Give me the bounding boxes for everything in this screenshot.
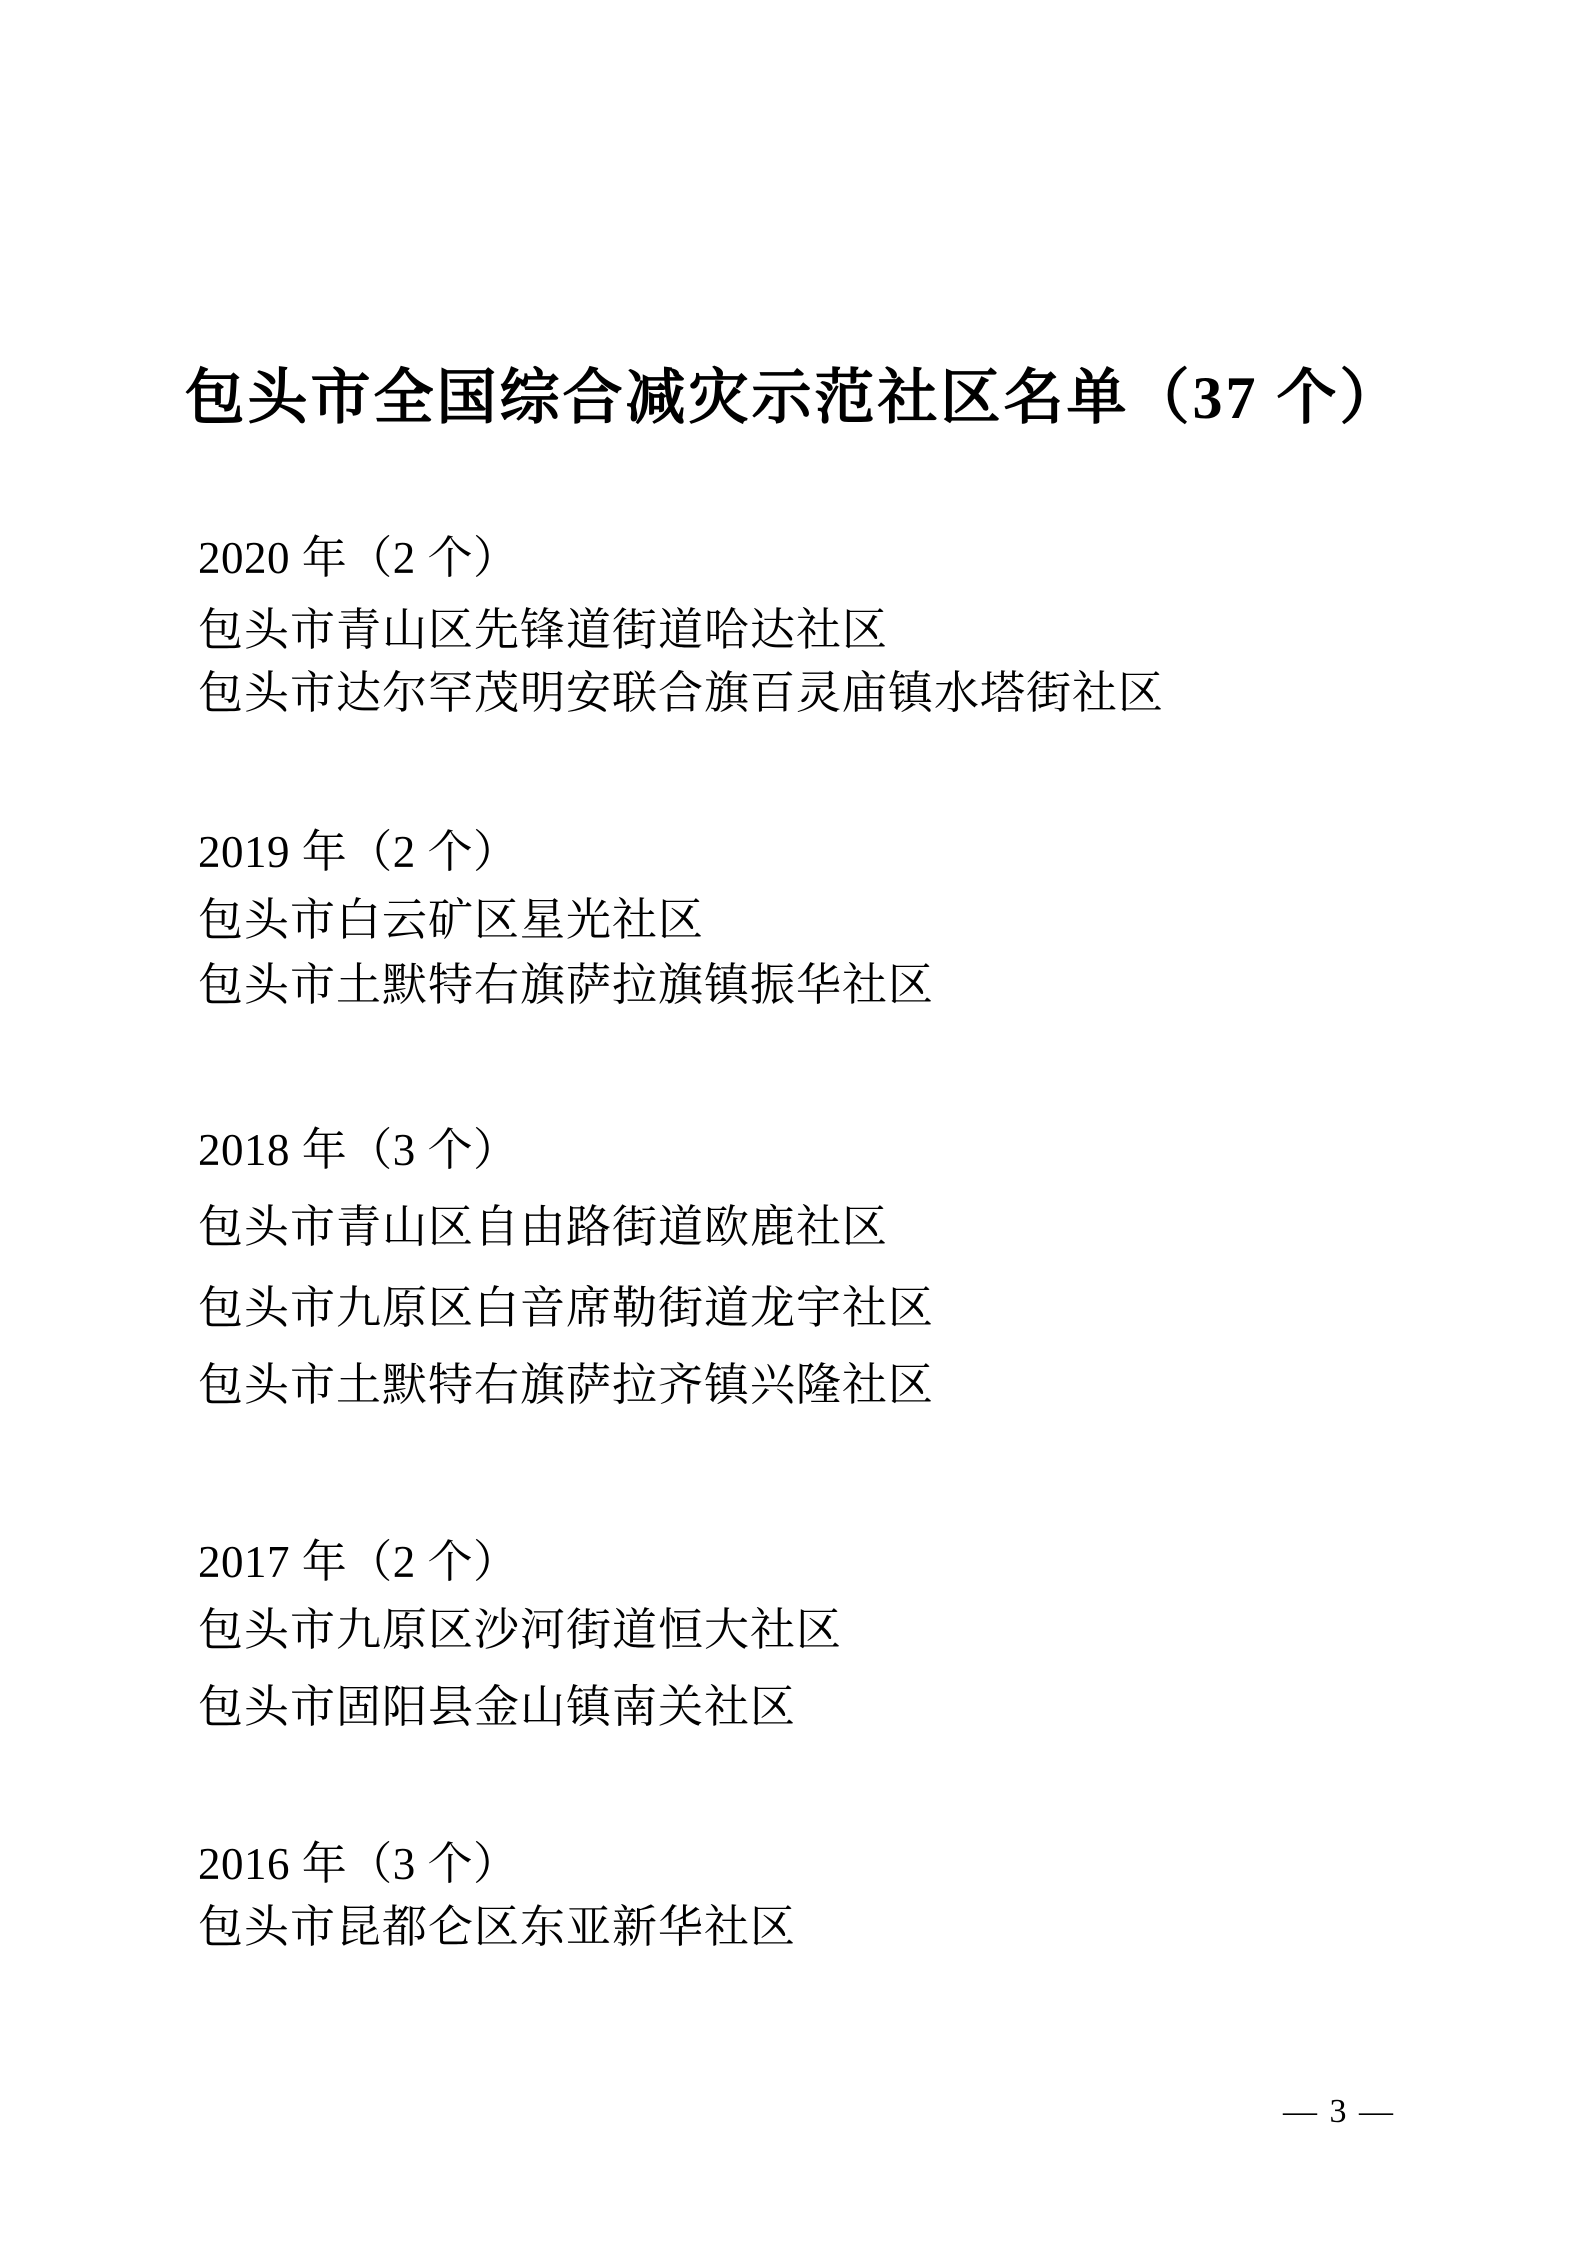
section-2020-year-label: 2020 年（2 个） <box>198 536 519 581</box>
community-item: 包头市青山区自由路街道欧鹿社区 <box>198 1205 888 1250</box>
section-2019-year-label: 2019 年（2 个） <box>198 830 519 875</box>
community-item: 包头市九原区白音席勒街道龙宇社区 <box>198 1286 934 1331</box>
community-item: 包头市固阳县金山镇南关社区 <box>198 1685 796 1730</box>
page-number: — 3 — <box>1283 2095 1395 2129</box>
community-item: 包头市青山区先锋道街道哈达社区 <box>198 608 888 653</box>
community-item: 包头市昆都仑区东亚新华社区 <box>198 1905 796 1950</box>
section-2016-year-label: 2016 年（3 个） <box>198 1842 519 1887</box>
community-item: 包头市达尔罕茂明安联合旗百灵庙镇水塔街社区 <box>198 671 1164 716</box>
section-2017-year-label: 2017 年（2 个） <box>198 1540 519 1585</box>
section-2018-year-label: 2018 年（3 个） <box>198 1128 519 1173</box>
community-item: 包头市土默特右旗萨拉旗镇振华社区 <box>198 963 934 1008</box>
community-item: 包头市九原区沙河街道恒大社区 <box>198 1608 842 1653</box>
community-item: 包头市白云矿区星光社区 <box>198 898 704 943</box>
document-page: 包头市全国综合减灾示范社区名单（37 个） 2020 年（2 个） 包头市青山区… <box>0 0 1587 2245</box>
community-item: 包头市土默特右旗萨拉齐镇兴隆社区 <box>198 1363 934 1408</box>
document-title: 包头市全国综合减灾示范社区名单（37 个） <box>0 368 1587 428</box>
